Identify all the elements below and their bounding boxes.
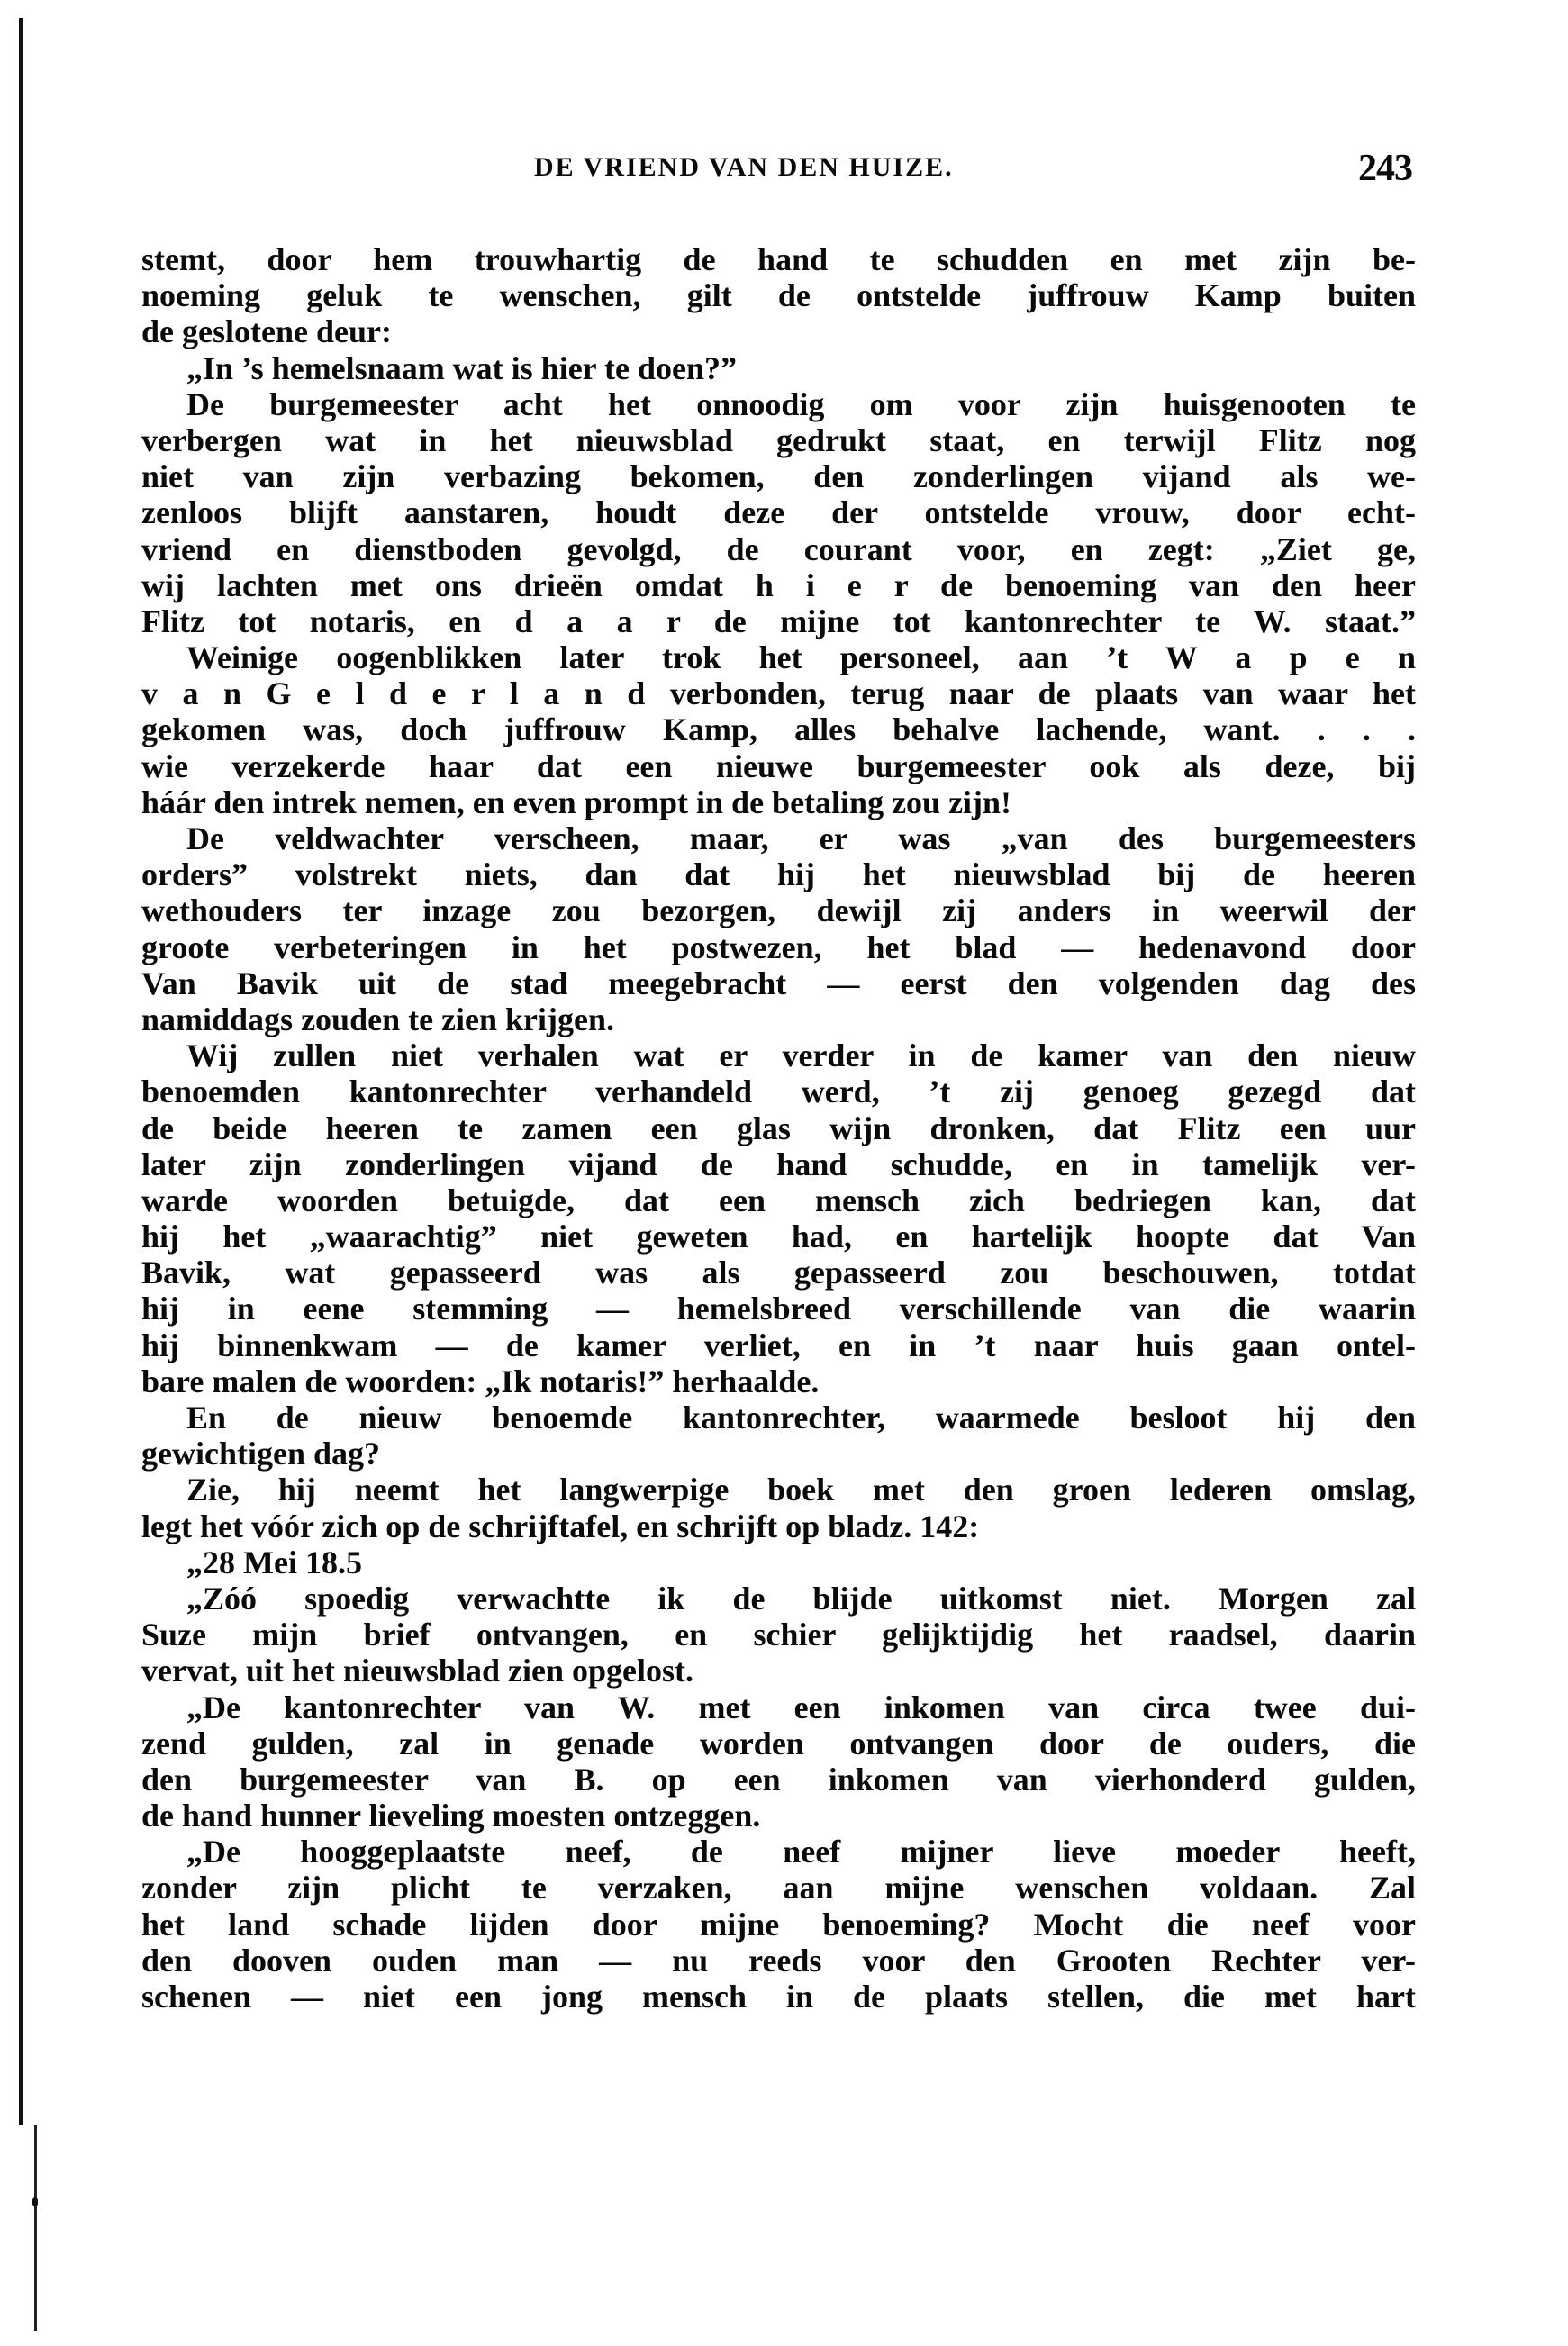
text-line: de geslotene deur: bbox=[141, 313, 1416, 349]
text-line-content: hij het „waarachtig” niet geweten had, e… bbox=[141, 1218, 1416, 1255]
text-line: Van Bavik uit de stad meegebracht — eers… bbox=[141, 965, 1416, 1001]
text-line: warde woorden betuigde, dat een mensch z… bbox=[141, 1182, 1416, 1218]
text-line: het land schade lijden door mijne benoem… bbox=[141, 1907, 1416, 1943]
text-line-content: De veldwachter verscheen, maar, er was „… bbox=[186, 820, 1416, 856]
text-line: stemt, door hem trouwhartig de hand te s… bbox=[141, 241, 1416, 277]
text-line: hij in eene stemming — hemelsbreed versc… bbox=[141, 1291, 1416, 1327]
text-line: gewichtigen dag? bbox=[141, 1436, 1416, 1472]
text-line-content: noeming geluk te wenschen, gilt de ontst… bbox=[141, 277, 1416, 313]
text-line-content: bare malen de woorden: „Ik notaris!” her… bbox=[141, 1363, 1416, 1399]
text-line: Wij zullen niet verhalen wat er verder i… bbox=[141, 1037, 1416, 1073]
text-line-content: Flitz tot notaris, en d a a r de mijne t… bbox=[141, 603, 1416, 639]
text-line-content: vervat, uit het nieuwsblad zien opgelost… bbox=[141, 1653, 1416, 1689]
text-line: Suze mijn brief ontvangen, en schier gel… bbox=[141, 1617, 1416, 1653]
text-line: namiddags zouden te zien krijgen. bbox=[141, 1001, 1416, 1037]
text-line-content: zonder zijn plicht te verzaken, aan mijn… bbox=[141, 1870, 1416, 1906]
text-line: niet van zijn verbazing bekomen, den zon… bbox=[141, 458, 1416, 494]
text-line-content: zend gulden, zal in genade worden ontvan… bbox=[141, 1726, 1416, 1762]
text-line: De burgemeester acht het onnoodig om voo… bbox=[141, 386, 1416, 422]
text-line: vervat, uit het nieuwsblad zien opgelost… bbox=[141, 1653, 1416, 1689]
text-line-content: verbergen wat in het nieuwsblad gedrukt … bbox=[141, 422, 1416, 458]
text-line-content: orders” volstrekt niets, dan dat hij het… bbox=[141, 856, 1416, 892]
text-line: den burgemeester van B. op een inkomen v… bbox=[141, 1762, 1416, 1798]
text-line: orders” volstrekt niets, dan dat hij het… bbox=[141, 856, 1416, 892]
text-line: legt het vóór zich op de schrijftafel, e… bbox=[141, 1508, 1416, 1544]
text-line-content: warde woorden betuigde, dat een mensch z… bbox=[141, 1182, 1416, 1218]
text-line: zend gulden, zal in genade worden ontvan… bbox=[141, 1726, 1416, 1762]
text-line: „In ’s hemelsnaam wat is hier te doen?” bbox=[141, 350, 1416, 386]
text-line: wethouders ter inzage zou bezorgen, dewi… bbox=[141, 892, 1416, 928]
scan-edge-line bbox=[19, 18, 23, 2125]
text-line: later zijn zonderlingen vijand de hand s… bbox=[141, 1146, 1416, 1182]
text-line-content: „Zóó spoedig verwachtte ik de blijde uit… bbox=[186, 1581, 1416, 1617]
text-line-content: wie verzekerde haar dat een nieuwe burge… bbox=[141, 748, 1416, 784]
text-line-content: groote verbeteringen in het postwezen, h… bbox=[141, 929, 1416, 965]
text-line-content: vriend en dienstboden gevolgd, de couran… bbox=[141, 531, 1416, 567]
text-line-content: „In ’s hemelsnaam wat is hier te doen?” bbox=[186, 350, 1416, 386]
text-line-content: „28 Mei 18.5 bbox=[186, 1544, 1416, 1581]
text-line-content: het land schade lijden door mijne benoem… bbox=[141, 1907, 1416, 1943]
text-line: vriend en dienstboden gevolgd, de couran… bbox=[141, 531, 1416, 567]
text-line: v a n G e l d e r l a n d verbonden, ter… bbox=[141, 675, 1416, 711]
text-line: háár den intrek nemen, en even prompt in… bbox=[141, 784, 1416, 820]
text-line: bare malen de woorden: „Ik notaris!” her… bbox=[141, 1363, 1416, 1399]
text-line-content: hij binnenkwam — de kamer verliet, en in… bbox=[141, 1327, 1416, 1363]
text-line-content: benoemden kantonrechter verhandeld werd,… bbox=[141, 1073, 1416, 1110]
text-line: groote verbeteringen in het postwezen, h… bbox=[141, 929, 1416, 965]
text-line: wie verzekerde haar dat een nieuwe burge… bbox=[141, 748, 1416, 784]
text-line-content: later zijn zonderlingen vijand de hand s… bbox=[141, 1146, 1416, 1182]
text-line-content: hij in eene stemming — hemelsbreed versc… bbox=[141, 1291, 1416, 1327]
text-line: „De hooggeplaatste neef, de neef mijner … bbox=[141, 1834, 1416, 1870]
text-line-content: Wij zullen niet verhalen wat er verder i… bbox=[186, 1037, 1416, 1073]
text-line-content: zenloos blijft aanstaren, houdt deze der… bbox=[141, 494, 1416, 530]
page-number: 243 bbox=[1358, 149, 1412, 187]
text-line: „De kantonrechter van W. met een inkomen… bbox=[141, 1689, 1416, 1726]
scan-edge-line-lower bbox=[34, 2125, 37, 2331]
text-line: „Zóó spoedig verwachtte ik de blijde uit… bbox=[141, 1581, 1416, 1617]
text-line: „28 Mei 18.5 bbox=[141, 1544, 1416, 1581]
text-line: verbergen wat in het nieuwsblad gedrukt … bbox=[141, 422, 1416, 458]
text-line-content: schenen — niet een jong mensch in de pla… bbox=[141, 1979, 1416, 2015]
text-line-content: Bavik, wat gepasseerd was als gepasseerd… bbox=[141, 1255, 1416, 1291]
text-line-content: háár den intrek nemen, en even prompt in… bbox=[141, 784, 1416, 820]
text-line-content: v a n G e l d e r l a n d verbonden, ter… bbox=[141, 675, 1416, 711]
text-line: hij het „waarachtig” niet geweten had, e… bbox=[141, 1218, 1416, 1255]
text-line-content: namiddags zouden te zien krijgen. bbox=[141, 1001, 1416, 1037]
text-line-content: den dooven ouden man — nu reeds voor den… bbox=[141, 1943, 1416, 1979]
text-line-content: Zie, hij neemt het langwerpige boek met … bbox=[186, 1472, 1416, 1508]
text-line-content: Weinige oogenblikken later trok het pers… bbox=[186, 639, 1416, 675]
text-line-content: niet van zijn verbazing bekomen, den zon… bbox=[141, 458, 1416, 494]
text-line: benoemden kantonrechter verhandeld werd,… bbox=[141, 1073, 1416, 1110]
text-line-content: de hand hunner lieveling moesten ontzegg… bbox=[141, 1798, 1416, 1834]
scan-edge-mark bbox=[32, 2197, 38, 2206]
text-line-content: En de nieuw benoemde kantonrechter, waar… bbox=[186, 1399, 1416, 1436]
body-text: stemt, door hem trouwhartig de hand te s… bbox=[141, 241, 1416, 2015]
text-line-content: „De hooggeplaatste neef, de neef mijner … bbox=[186, 1834, 1416, 1870]
text-line-content: gekomen was, doch juffrouw Kamp, alles b… bbox=[141, 711, 1416, 747]
text-line: gekomen was, doch juffrouw Kamp, alles b… bbox=[141, 711, 1416, 747]
text-line-content: Van Bavik uit de stad meegebracht — eers… bbox=[141, 965, 1416, 1001]
text-line: Flitz tot notaris, en d a a r de mijne t… bbox=[141, 603, 1416, 639]
text-line: de beide heeren te zamen een glas wijn d… bbox=[141, 1110, 1416, 1146]
text-line-content: Suze mijn brief ontvangen, en schier gel… bbox=[141, 1617, 1416, 1653]
text-line-content: den burgemeester van B. op een inkomen v… bbox=[141, 1762, 1416, 1798]
running-head: DE VRIEND VAN DEN HUIZE. bbox=[534, 153, 954, 182]
text-line: zenloos blijft aanstaren, houdt deze der… bbox=[141, 494, 1416, 530]
text-line: De veldwachter verscheen, maar, er was „… bbox=[141, 820, 1416, 856]
text-line: den dooven ouden man — nu reeds voor den… bbox=[141, 1943, 1416, 1979]
text-line-content: De burgemeester acht het onnoodig om voo… bbox=[186, 386, 1416, 422]
text-line: schenen — niet een jong mensch in de pla… bbox=[141, 1979, 1416, 2015]
text-line-content: legt het vóór zich op de schrijftafel, e… bbox=[141, 1508, 1416, 1544]
text-line: de hand hunner lieveling moesten ontzegg… bbox=[141, 1798, 1416, 1834]
text-line-content: wethouders ter inzage zou bezorgen, dewi… bbox=[141, 892, 1416, 928]
text-line-content: gewichtigen dag? bbox=[141, 1436, 1416, 1472]
text-line-content: wij lachten met ons drieën omdat h i e r… bbox=[141, 567, 1416, 603]
text-line-content: stemt, door hem trouwhartig de hand te s… bbox=[141, 241, 1416, 277]
text-line: Bavik, wat gepasseerd was als gepasseerd… bbox=[141, 1255, 1416, 1291]
text-line: noeming geluk te wenschen, gilt de ontst… bbox=[141, 277, 1416, 313]
text-line-content: de beide heeren te zamen een glas wijn d… bbox=[141, 1110, 1416, 1146]
text-line: wij lachten met ons drieën omdat h i e r… bbox=[141, 567, 1416, 603]
text-line: En de nieuw benoemde kantonrechter, waar… bbox=[141, 1399, 1416, 1436]
text-line-content: „De kantonrechter van W. met een inkomen… bbox=[186, 1689, 1416, 1726]
text-line: hij binnenkwam — de kamer verliet, en in… bbox=[141, 1327, 1416, 1363]
text-line-content: de geslotene deur: bbox=[141, 313, 1416, 349]
text-line: zonder zijn plicht te verzaken, aan mijn… bbox=[141, 1870, 1416, 1906]
text-line: Weinige oogenblikken later trok het pers… bbox=[141, 639, 1416, 675]
text-line: Zie, hij neemt het langwerpige boek met … bbox=[141, 1472, 1416, 1508]
